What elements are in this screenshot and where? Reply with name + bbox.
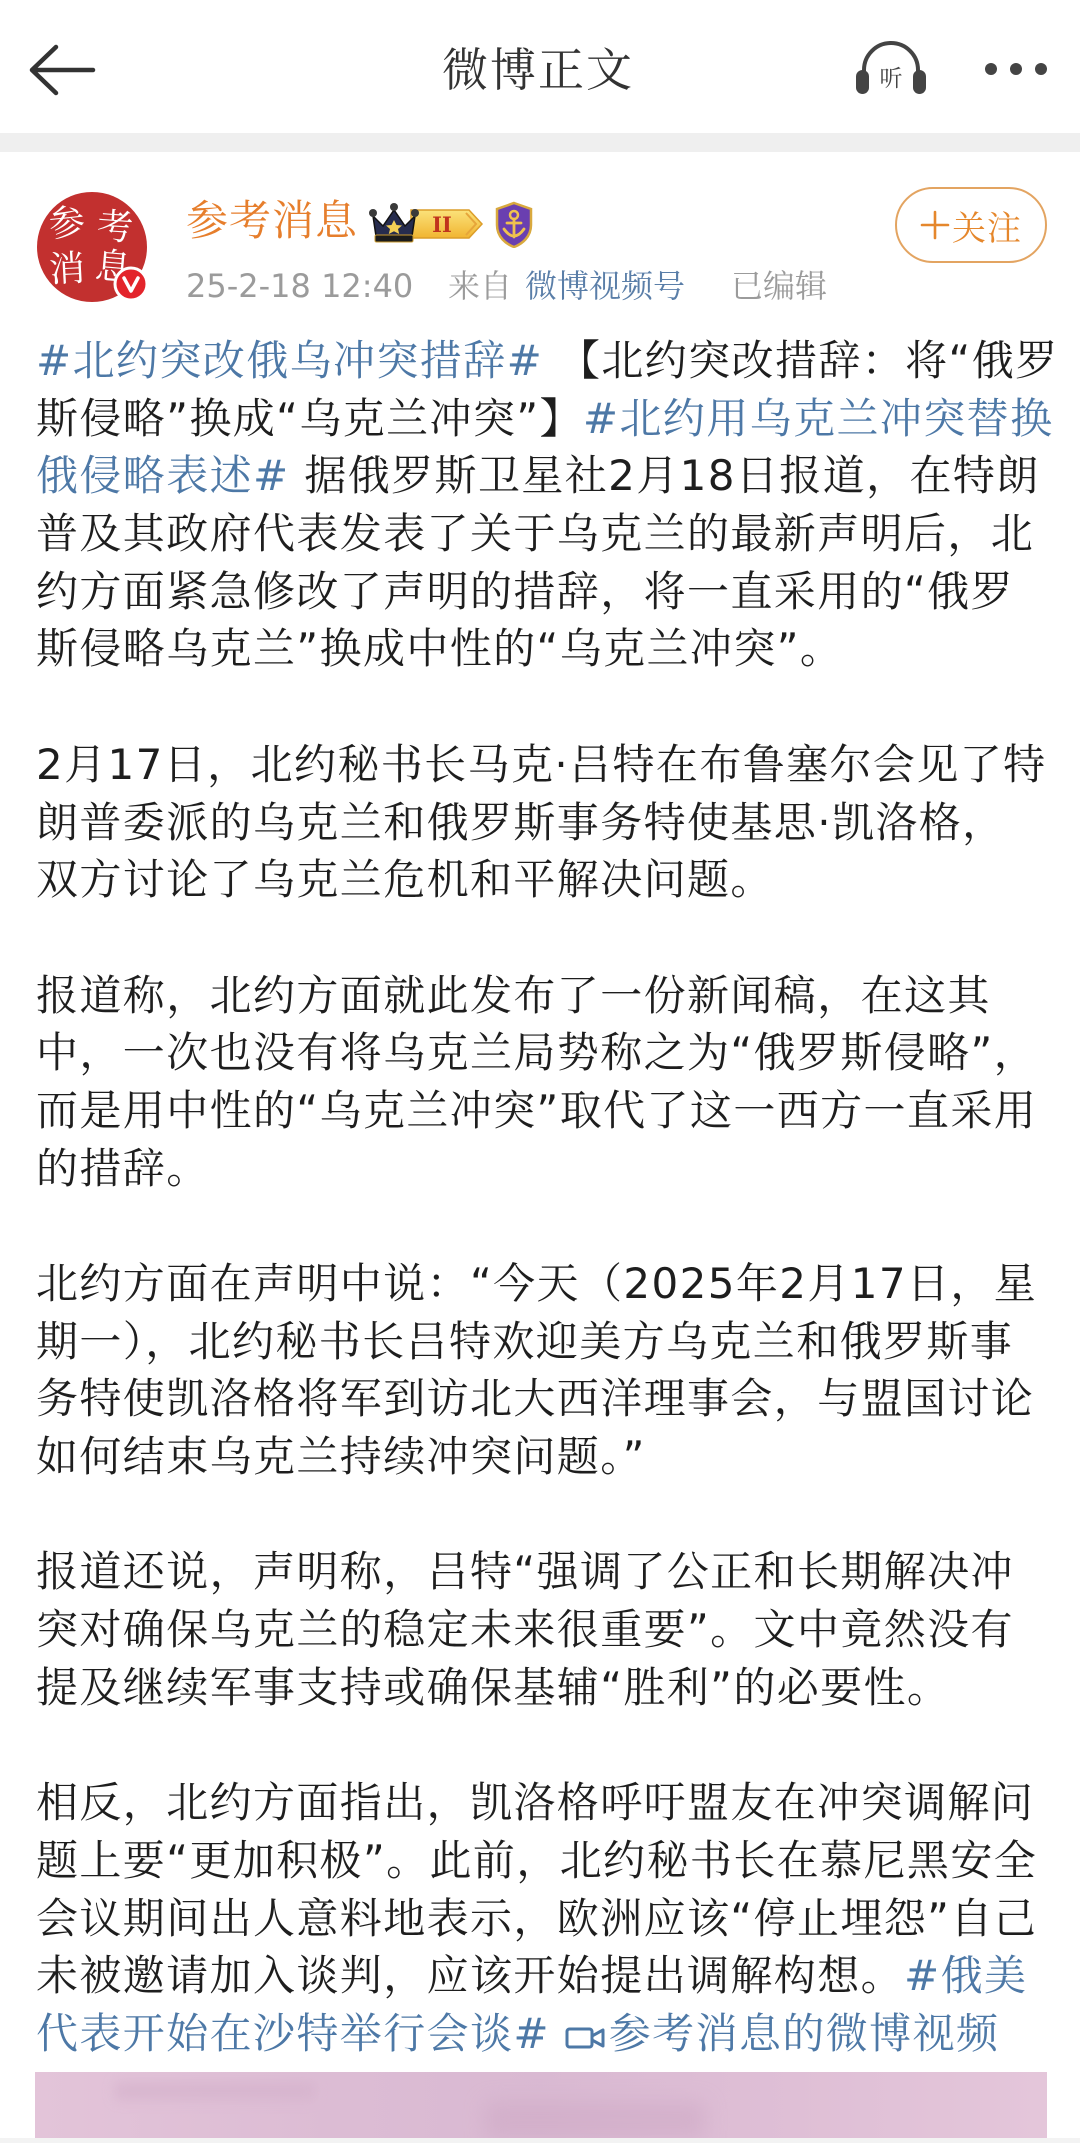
body-text: 而是用中性的“乌克兰冲突”取代了这一西方一直采用 (36, 1086, 1037, 1135)
text-line: 期一），北约秘书长吕特欢迎美方乌克兰和俄罗斯事 (36, 1313, 1066, 1371)
source-prefix: 来自 (448, 266, 512, 306)
text-line: 如何结束乌克兰持续冲突问题。” (36, 1428, 1066, 1486)
shield-anchor-icon (494, 201, 534, 248)
body-text: 约方面紧急修改了声明的措辞，将一直采用的“俄罗 (36, 567, 1014, 616)
post-content: #北约突改俄乌冲突措辞# 【北约突改措辞：将“俄罗 斯侵略”换成“乌克兰冲突”】… (36, 332, 1066, 2063)
body-text: 斯侵略乌克兰”换成中性的“乌克兰冲突”。 (36, 624, 843, 673)
body-text: 北约方面在声明中说：“今天（2025年2月17日，星 (36, 1259, 1037, 1308)
video-link[interactable]: 参考消息的微博视频 (565, 2009, 1000, 2058)
text-line: 而是用中性的“乌克兰冲突”取代了这一西方一直采用 (36, 1082, 1066, 1140)
headphones-icon: 听 (853, 40, 929, 96)
text-line: 朗普委派的乌克兰和俄罗斯事务特使基思·凯洛格， (36, 794, 1066, 852)
hashtag-link[interactable]: #俄美 (904, 1951, 1027, 2000)
more-dots-icon (980, 58, 1050, 80)
text-line: 双方讨论了乌克兰危机和平解决问题。 (36, 851, 1066, 909)
body-text: 未被邀请加入谈判，应该开始提出调解构想。 (36, 1951, 904, 2000)
text-line: 约方面紧急修改了声明的措辞，将一直采用的“俄罗 (36, 563, 1066, 621)
body-text (550, 2009, 565, 2058)
paragraph: 相反，北约方面指出，凯洛格呼吁盟友在冲突调解问 题上要“更加积极”。此前，北约秘… (36, 1774, 1066, 2062)
text-line: 突对确保乌克兰的稳定未来很重要”。文中竟然没有 (36, 1601, 1066, 1659)
text-line: 斯侵略乌克兰”换成中性的“乌克兰冲突”。 (36, 620, 1066, 678)
text-line: 2月17日，北约秘书长马克·吕特在布鲁塞尔会见了特 (36, 736, 1066, 794)
text-line: 报道称，北约方面就此发布了一份新闻稿，在这其 (36, 967, 1066, 1025)
body-text: 报道还说，声明称，吕特“强调了公正和长期解决冲 (36, 1547, 1014, 1596)
body-text: 相反，北约方面指出，凯洛格呼吁盟友在冲突调解问 (36, 1778, 1034, 1827)
text-line: 务特使凯洛格将军到访北大西洋理事会，与盟国讨论 (36, 1370, 1066, 1428)
post-timestamp: 25-2-18 12:40 (186, 266, 413, 306)
paragraph: 北约方面在声明中说：“今天（2025年2月17日，星 期一），北约秘书长吕特欢迎… (36, 1255, 1066, 1486)
body-text: 朗普委派的乌克兰和俄罗斯事务特使基思·凯洛格， (36, 798, 1006, 847)
body-text: 中，一次也没有将乌克兰局势称之为“俄罗斯侵略”， (36, 1028, 1037, 1077)
verified-badge-icon (113, 266, 149, 302)
body-text: 报道称，北约方面就此发布了一份新闻稿，在这其 (36, 971, 991, 1020)
text-line: 中，一次也没有将乌克兰局势称之为“俄罗斯侵略”， (36, 1024, 1066, 1082)
body-text: 提及继续军事支持或确保基辅“胜利”的必要性。 (36, 1663, 950, 1712)
follow-label: 关注 (952, 201, 1022, 250)
crown-icon: II (369, 201, 484, 245)
body-text: 突对确保乌克兰的稳定未来很重要”。文中竟然没有 (36, 1605, 1014, 1654)
paragraph: 报道还说，声明称，吕特“强调了公正和长期解决冲 突对确保乌克兰的稳定未来很重要”… (36, 1543, 1066, 1716)
body-text: 2月17日，北约秘书长马克·吕特在布鲁塞尔会见了特 (36, 740, 1047, 789)
bottom-divider (0, 2138, 1080, 2143)
hashtag-link[interactable]: #北约用乌克兰冲突替换 (583, 394, 1054, 443)
video-link-label[interactable]: 参考消息的微博视频 (609, 2009, 1000, 2058)
body-text: 普及其政府代表发表了关于乌克兰的最新声明后，北 (36, 509, 1034, 558)
edited-label[interactable]: 已编辑 (731, 266, 827, 306)
body-text: 题上要“更加积极”。此前，北约秘书长在慕尼黑安全 (36, 1836, 1037, 1885)
member-level-badge[interactable]: II (369, 201, 484, 245)
text-line: 相反，北约方面指出，凯洛格呼吁盟友在冲突调解问 (36, 1774, 1066, 1832)
text-line: 未被邀请加入谈判，应该开始提出调解构想。#俄美 (36, 1947, 1066, 2005)
text-line: 俄侵略表述# 据俄罗斯卫星社2月18日报道，在特朗 (36, 447, 1066, 505)
body-text: 双方讨论了乌克兰危机和平解决问题。 (36, 855, 774, 904)
paragraph: 2月17日，北约秘书长马克·吕特在布鲁塞尔会见了特 朗普委派的乌克兰和俄罗斯事务… (36, 736, 1066, 909)
listen-label: 听 (880, 66, 903, 92)
source-link[interactable]: 微博视频号 (525, 266, 685, 306)
thumbnail-shape (485, 2102, 705, 2138)
hashtag-link[interactable]: 俄侵略表述# (36, 451, 290, 500)
text-line: 代表开始在沙特举行会谈# 参考消息的微博视频 (36, 2005, 1066, 2063)
body-text: 【北约突改措辞：将“俄罗 (543, 336, 1058, 385)
text-line: 北约方面在声明中说：“今天（2025年2月17日，星 (36, 1255, 1066, 1313)
text-line: 报道还说，声明称，吕特“强调了公正和长期解决冲 (36, 1543, 1066, 1601)
avatar-char: 考 (96, 207, 135, 249)
section-divider (0, 133, 1080, 152)
listen-button[interactable]: 听 (853, 40, 929, 96)
thumbnail-shape (115, 2082, 315, 2100)
text-line: 会议期间出人意料地表示，欧洲应该“停止埋怨”自己 (36, 1890, 1066, 1948)
level-label: II (432, 212, 452, 237)
text-line: 提及继续军事支持或确保基辅“胜利”的必要性。 (36, 1659, 1066, 1717)
paragraph: 报道称，北约方面就此发布了一份新闻稿，在这其 中，一次也没有将乌克兰局势称之为“… (36, 967, 1066, 1198)
hashtag-link[interactable]: 代表开始在沙特举行会谈# (36, 2009, 550, 2058)
follow-button[interactable]: 关注 (895, 187, 1047, 263)
plus-icon (920, 210, 950, 240)
text-line: 的措辞。 (36, 1140, 1066, 1198)
body-text: 据俄罗斯卫星社2月18日报道，在特朗 (290, 451, 1040, 500)
text-line: 普及其政府代表发表了关于乌克兰的最新声明后，北 (36, 505, 1066, 563)
body-text: 会议期间出人意料地表示，欧洲应该“停止埋怨”自己 (36, 1894, 1037, 1943)
avatar-char: 参 (47, 202, 87, 246)
body-text: 的措辞。 (36, 1144, 210, 1193)
anchor-shield-badge[interactable] (494, 201, 534, 248)
video-camera-icon (565, 2025, 607, 2051)
video-thumbnail[interactable] (35, 2072, 1047, 2138)
hashtag-link[interactable]: #北约突改俄乌冲突措辞# (36, 336, 543, 385)
text-line: #北约突改俄乌冲突措辞# 【北约突改措辞：将“俄罗 (36, 332, 1066, 390)
body-text: 如何结束乌克兰持续冲突问题。” (36, 1432, 646, 1481)
text-line: 斯侵略”换成“乌克兰冲突”】#北约用乌克兰冲突替换 (36, 390, 1066, 448)
body-text: 斯侵略”换成“乌克兰冲突”】 (36, 394, 583, 443)
author-name[interactable]: 参考消息 (186, 196, 358, 246)
avatar-char: 消 (48, 249, 86, 291)
body-text: 务特使凯洛格将军到访北大西洋理事会，与盟国讨论 (36, 1374, 1034, 1423)
paragraph: #北约突改俄乌冲突措辞# 【北约突改措辞：将“俄罗 斯侵略”换成“乌克兰冲突”】… (36, 332, 1066, 678)
more-options-button[interactable] (980, 58, 1050, 80)
top-nav-bar: 微博正文 听 (0, 0, 1080, 133)
text-line: 题上要“更加积极”。此前，北约秘书长在慕尼黑安全 (36, 1832, 1066, 1890)
body-text: 期一），北约秘书长吕特欢迎美方乌克兰和俄罗斯事 (36, 1317, 1013, 1366)
